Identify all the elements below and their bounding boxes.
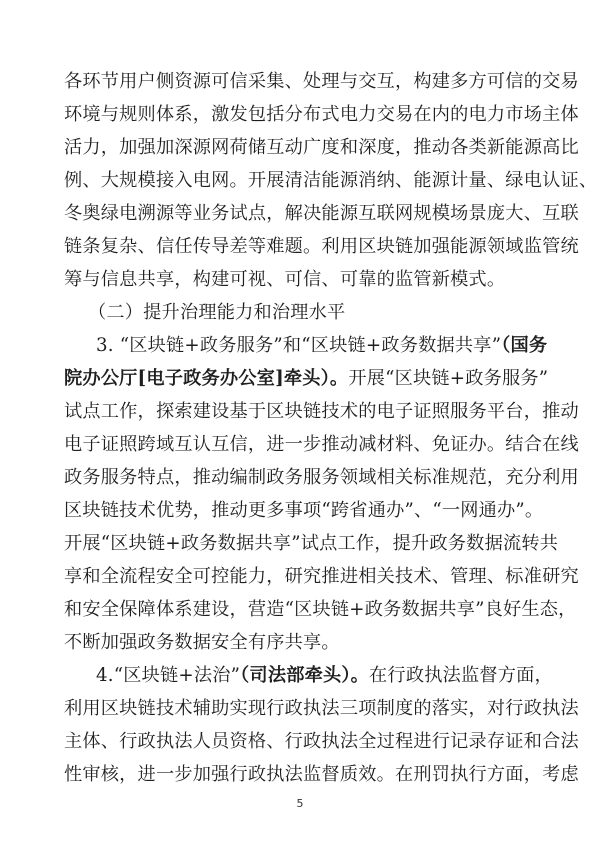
text-line: 性审核，进一步加强行政执法监督质效。在刑罚执行方面，考虑: [64, 763, 533, 787]
text-line: 利用区块链技术辅助实现行政执法三项制度的落实，对行政执法: [64, 697, 533, 721]
text-line: 例、大规模接入电网。开展清洁能源消纳、能源计量、绿电认证、: [64, 169, 533, 193]
text-line: 政务服务特点，推动编制政务服务领域相关标准规范，充分利用: [64, 466, 533, 490]
text-line: 电子证照跨域互认互信，进一步推动减材料、免证办。结合在线: [64, 433, 533, 457]
text-line: 享和全流程安全可控能力，研究推进相关技术、管理、标准研究: [64, 565, 533, 589]
item-3-heading-line: 3. “区块链+政务服务”和“区块链+政务数据共享”（国务: [96, 334, 533, 358]
text-line: 环境与规则体系，激发包括分布式电力交易在内的电力市场主体: [64, 103, 533, 127]
text-line: 院办公厅[电子政务办公室]牵头）。开展“区块链+政务服务”: [64, 367, 533, 391]
text-line: 和安全保障体系建设，营造“区块链+政务数据共享”良好生态，: [64, 598, 533, 622]
page-number: 5: [0, 797, 600, 810]
text-line: 开展“区块链+政务数据共享”试点工作，提升政务数据流转共: [64, 532, 533, 556]
text-line: 区块链技术优势，推动更多事项“跨省通办”、“一网通办”。: [64, 499, 533, 523]
text-line: 活力，加强加深源网荷储互动广度和深度，推动各类新能源高比: [64, 136, 533, 160]
item-4-heading-line: 4.“区块链+法治”（司法部牵头）。在行政执法监督方面，: [96, 664, 533, 688]
section-heading: （二）提升治理能力和治理水平: [88, 301, 525, 325]
text-line: 冬奥绿电溯源等业务试点，解决能源互联网规模场景庞大、互联: [64, 202, 533, 226]
document-page: 各环节用户侧资源可信采集、处理与交互，构建多方可信的交易 环境与规则体系，激发包…: [0, 0, 600, 853]
lead-agency: 院办公厅[电子政务办公室]牵头）。: [64, 368, 348, 389]
text-line: 链条复杂、信任传导差等难题。利用区块链加强能源领域监管统: [64, 235, 533, 259]
lead-agency: （司法部牵头）。: [240, 665, 369, 686]
text-line: 各环节用户侧资源可信采集、处理与交互，构建多方可信的交易: [64, 70, 533, 94]
text-line: 不断加强政务数据安全有序共享。: [64, 631, 533, 655]
text-line: 筹与信息共享，构建可视、可信、可靠的监管新模式。: [64, 268, 533, 292]
lead-agency: （国务: [501, 335, 547, 356]
text-line: 主体、行政执法人员资格、行政执法全过程进行记录存证和合法: [64, 730, 533, 754]
text-line: 试点工作，探索建设基于区块链技术的电子证照服务平台，推动: [64, 400, 533, 424]
